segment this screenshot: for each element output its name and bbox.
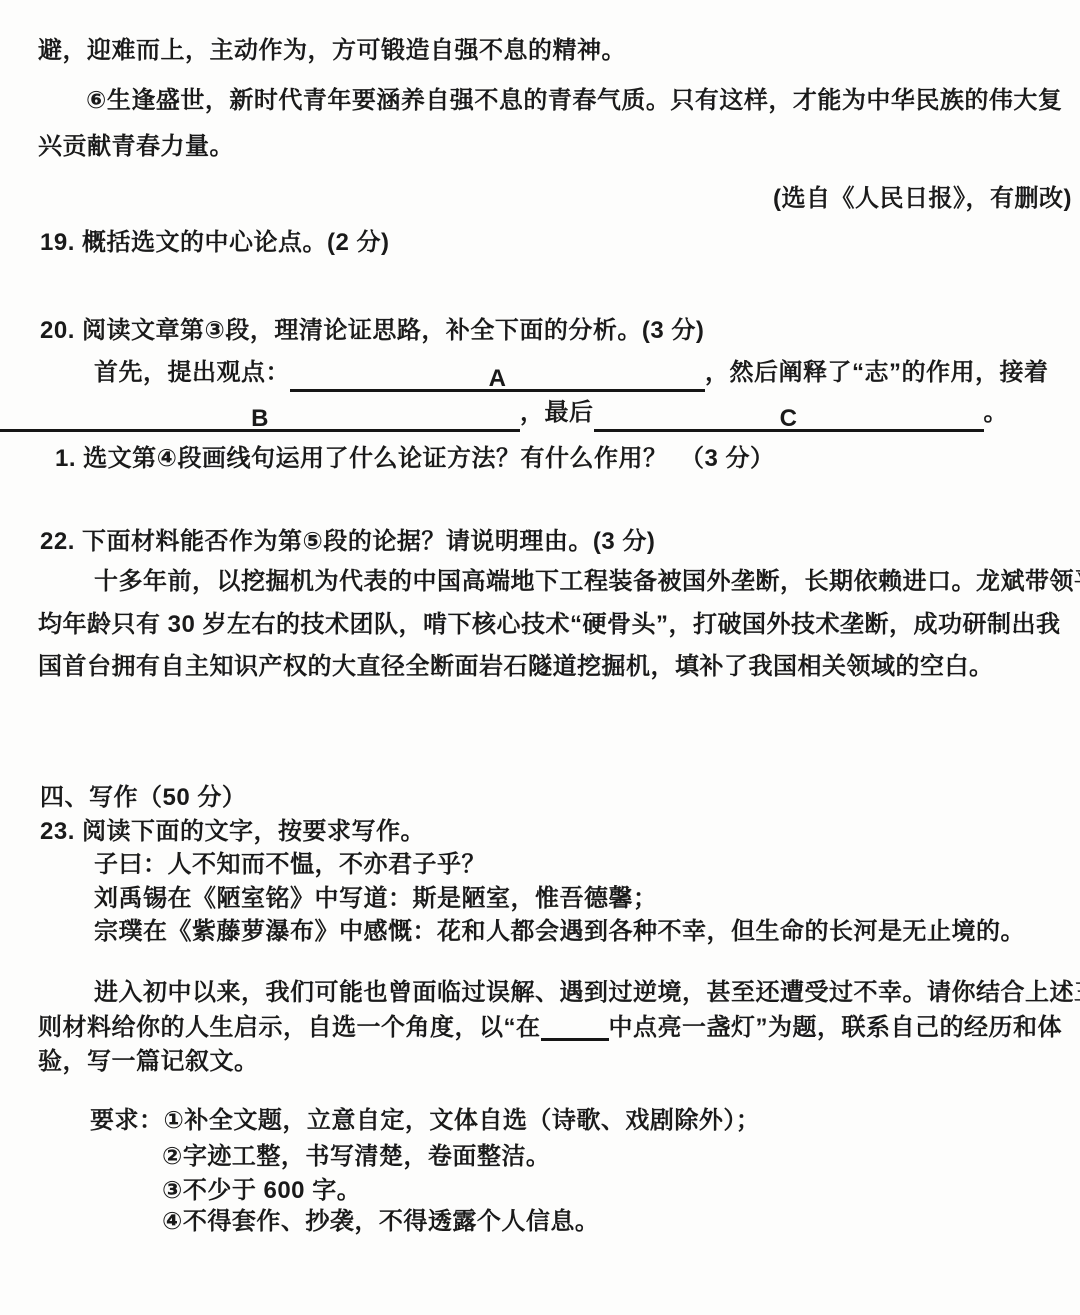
q23-prompt-line2: 则材料给你的人生启示，自选一个角度，以“在中点亮一盏灯”为题，联系自己的经历和体	[38, 1013, 1062, 1043]
q20-blank-c-label: C	[780, 405, 798, 432]
passage-para6-line2: 兴贡献青春力量。	[38, 132, 234, 162]
q23-title-blank	[541, 1014, 609, 1041]
q20-fill-end: 。	[984, 399, 1009, 426]
q23-requirements-label: 要求：	[90, 1107, 164, 1134]
q20-blank-c: C	[594, 404, 984, 432]
question-19: 19. 概括选文的中心论点。(2 分)	[40, 228, 390, 258]
q23-prompt-line1: 进入初中以来，我们可能也曾面临过误解、遇到过逆境，甚至还遭受过不幸。请你结合上述…	[94, 978, 1080, 1008]
q23-quote-confucius: 子曰：人不知而不愠，不亦君子乎？	[94, 850, 486, 880]
q20-blank-a: A	[290, 364, 705, 392]
q23-requirements-line1: 要求：①补全文题，立意自定，文体自选（诗歌、戏剧除外）；	[90, 1106, 760, 1136]
question-23: 23. 阅读下面的文字，按要求写作。	[40, 817, 425, 847]
q20-fill-tail: ，然后阐释了“志”的作用，接着	[705, 359, 1049, 386]
q23-requirement-2: ②字迹工整，书写清楚，卷面整洁。	[162, 1142, 550, 1172]
q20-blank-b: B	[0, 404, 520, 432]
passage-source-attribution: (选自《人民日报》，有删改)	[773, 184, 1072, 214]
q20-fill-mid: ，最后	[520, 399, 594, 426]
q23-requirement-4: ④不得套作、抄袭，不得透露个人信息。	[162, 1207, 599, 1237]
q20-blank-b-label: B	[251, 405, 269, 432]
passage-para6-line1: ⑥生逢盛世，新时代青年要涵养自强不息的青春气质。只有这样，才能为中华民族的伟大复	[86, 86, 1062, 116]
exam-paper-page: 避，迎难而上，主动作为，方可锻造自强不息的精神。 ⑥生逢盛世，新时代青年要涵养自…	[0, 0, 1080, 1315]
q20-blank-a-label: A	[489, 365, 507, 392]
question-22: 22. 下面材料能否作为第⑤段的论据？请说明理由。(3 分)	[40, 527, 655, 557]
q23-quote-zongpu: 宗璞在《紫藤萝瀑布》中感慨：花和人都会遇到各种不幸，但生命的长河是无止境的。	[94, 917, 1025, 947]
q23-prompt-line3: 验，写一篇记叙文。	[38, 1047, 259, 1077]
q22-material-line1: 十多年前，以挖掘机为代表的中国高端地下工程装备被国外垄断，长期依赖进口。龙斌带领…	[94, 567, 1080, 597]
q23-requirement-1: ①补全文题，立意自定，文体自选（诗歌、戏剧除外）；	[164, 1107, 761, 1134]
q22-material-line3: 国首台拥有自主知识产权的大直径全断面岩石隧道挖掘机，填补了我国相关领域的空白。	[38, 652, 994, 682]
passage-tail-line: 避，迎难而上，主动作为，方可锻造自强不息的精神。	[38, 36, 626, 66]
q23-requirement-3: ③不少于 600 字。	[162, 1176, 361, 1206]
q23-prompt-line2-pre: 则材料给你的人生启示，自选一个角度，以“在	[38, 1014, 541, 1041]
q23-prompt-line2-post: 中点亮一盏灯”为题，联系自己的经历和体	[609, 1014, 1063, 1041]
q20-fill-line2: B，最后C。	[0, 398, 1008, 432]
question-20: 20. 阅读文章第③段，理清论证思路，补全下面的分析。(3 分)	[40, 316, 704, 346]
q22-material-line2: 均年龄只有 30 岁左右的技术团队，啃下核心技术“硬骨头”，打破国外技术垄断，成…	[38, 610, 1061, 640]
q23-quote-liuyuxi: 刘禹锡在《陋室铭》中写道：斯是陋室，惟吾德馨；	[94, 884, 658, 914]
q20-fill-line1: 首先，提出观点：A，然后阐释了“志”的作用，接着	[94, 358, 1049, 392]
question-21: 1. 选文第④段画线句运用了什么论证方法？有什么作用？ （3 分）	[55, 444, 775, 474]
q20-fill-lead: 首先，提出观点：	[94, 359, 290, 386]
section-4-writing-heading: 四、写作（50 分）	[40, 783, 246, 813]
